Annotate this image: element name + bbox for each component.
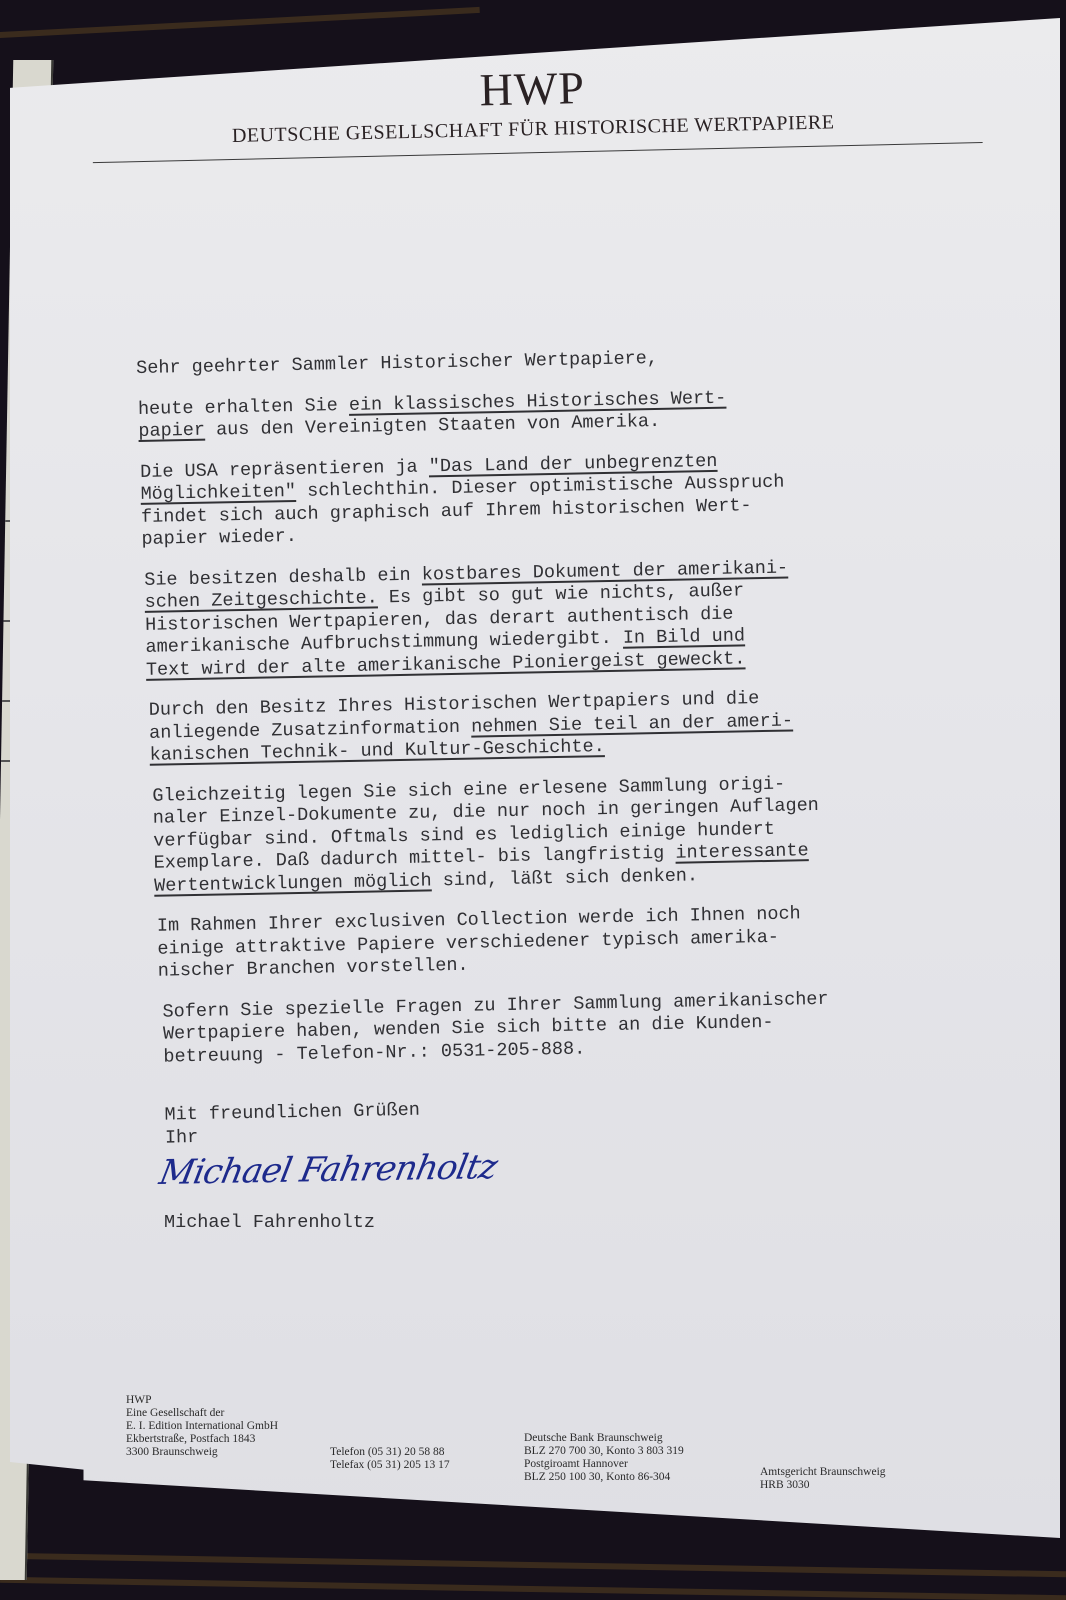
underlined-phrase: In Bild und	[623, 625, 746, 648]
signer-name: Michael Fahrenholtz	[164, 1212, 375, 1233]
underlined-phrase: Wertentwicklungen möglich	[154, 870, 432, 896]
footer-phone: Telefon (05 31) 20 58 88	[330, 1446, 450, 1459]
footer-contact: Telefon (05 31) 20 58 88 Telefax (05 31)…	[330, 1446, 450, 1472]
letter-body: Sehr geehrter Sammler Historischer Wertp…	[136, 342, 971, 1150]
letter-paragraph: Sie besitzen deshalb ein kostbares Dokum…	[144, 554, 962, 682]
underlined-phrase: interessante	[675, 840, 809, 864]
letter-paragraph: Die USA repräsentieren ja "Das Land der …	[140, 446, 960, 552]
text-segment: sind, läßt sich denken.	[431, 865, 698, 891]
footer-company-line: Ekbertstraße, Postfach 1843	[126, 1433, 278, 1446]
underlined-phrase: Möglichkeiten"	[140, 481, 296, 505]
footer-bank-line: Postgiroamt Hannover	[524, 1458, 684, 1471]
text-segment: heute erhalten Sie	[138, 394, 349, 419]
footer-register-line: Amtsgericht Braunschweig	[760, 1466, 886, 1479]
letterhead: HWP DEUTSCHE GESELLSCHAFT FÜR HISTORISCH…	[0, 0, 1066, 192]
text-segment: papier wieder.	[141, 526, 297, 550]
footer-bank-line: Deutsche Bank Braunschweig	[524, 1432, 684, 1445]
underlined-phrase: schen Zeitgeschichte.	[144, 587, 378, 612]
footer-register: Amtsgericht Braunschweig HRB 3030	[760, 1466, 886, 1492]
footer-company-line: HWP	[126, 1394, 278, 1407]
background-stripe	[0, 1577, 1066, 1600]
footer-fax: Telefax (05 31) 205 13 17	[330, 1459, 450, 1472]
underlined-phrase: papier	[138, 420, 205, 442]
letter-paragraphs: heute erhalten Sie ein klassisches Histo…	[137, 383, 970, 1069]
footer-bank-line: BLZ 250 100 30, Konto 86-304	[524, 1471, 684, 1484]
footer-register-line: HRB 3030	[760, 1479, 886, 1492]
handwritten-signature: Michael Fahrenholtz	[156, 1147, 500, 1193]
letter-paragraph: Gleichzeitig legen Sie sich eine erlesen…	[152, 770, 966, 898]
footer-company-line: 3300 Braunschweig	[126, 1446, 278, 1459]
letter-paragraph: Sofern Sie spezielle Fragen zu Ihrer Sam…	[162, 986, 969, 1069]
footer-company-line: Eine Gesellschaft der	[126, 1407, 278, 1420]
background-stripe	[0, 1553, 1066, 1578]
letter-paragraph: Im Rahmen Ihrer exclusiven Collection we…	[157, 900, 968, 983]
footer-company-line: E. I. Edition International GmbH	[126, 1420, 278, 1433]
footer-company: HWP Eine Gesellschaft der E. I. Edition …	[126, 1394, 278, 1459]
footer-bank: Deutsche Bank Braunschweig BLZ 270 700 3…	[524, 1432, 684, 1484]
footer-bank-line: BLZ 270 700 30, Konto 3 803 319	[524, 1445, 684, 1458]
letter-paragraph: Durch den Besitz Ihres Historischen Wert…	[149, 684, 964, 767]
letter-paragraph: heute erhalten Sie ein klassisches Histo…	[138, 383, 958, 444]
